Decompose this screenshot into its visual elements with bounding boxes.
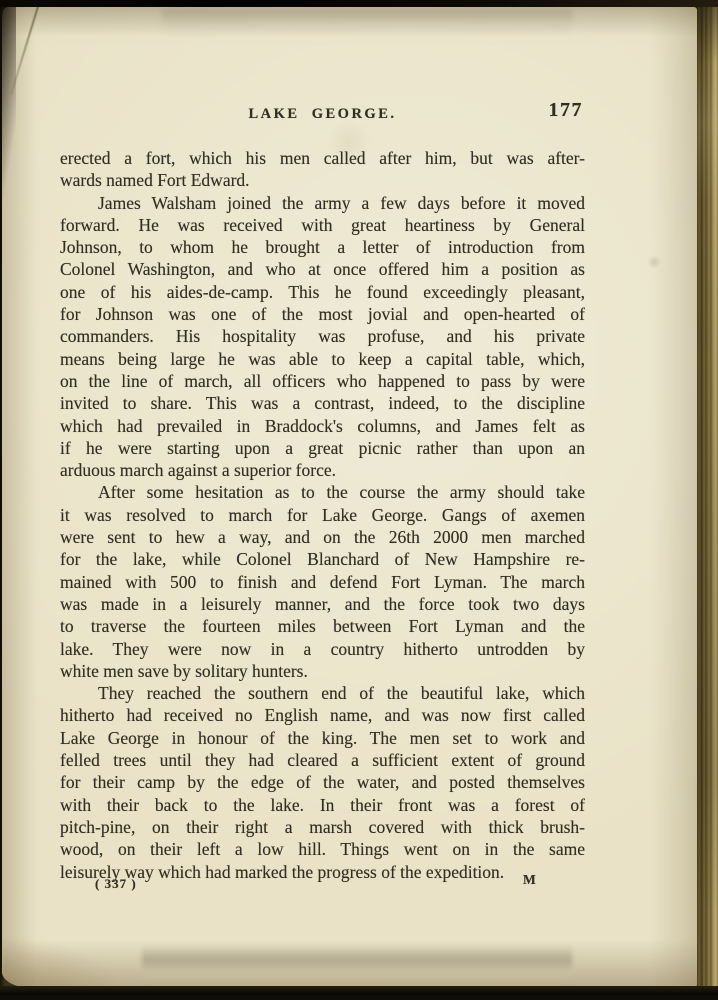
text-line: for Johnson was one of the most jovial a… — [60, 303, 585, 325]
scan-artifact-bottom-smudge — [142, 945, 572, 983]
book-page: LAKE GEORGE. 177 erected a fort, which h… — [2, 7, 697, 988]
paragraph: They reached the southern end of the bea… — [60, 682, 585, 883]
scan-artifact-top-smudge — [162, 9, 572, 35]
book-scan: LAKE GEORGE. 177 erected a fort, which h… — [0, 0, 718, 1000]
text-line: were sent to hew a way, and on the 26th … — [60, 526, 585, 548]
text-line: means being large he was able to keep a … — [60, 348, 585, 370]
text-line: for the lake, while Colonel Blanchard of… — [60, 548, 585, 570]
printed-page-content: LAKE GEORGE. 177 erected a fort, which h… — [60, 103, 585, 883]
text-line: with their back to the lake. In their fr… — [60, 794, 585, 816]
paragraph: After some hesitation as to the course t… — [60, 481, 585, 682]
text-line: Colonel Washington, and who at once offe… — [60, 258, 585, 280]
text-line: lake. They were now in a country hithert… — [60, 638, 585, 660]
body-text: erected a fort, which his men called aft… — [60, 147, 585, 883]
text-line: arduous march against a superior force. — [60, 459, 585, 481]
text-line: After some hesitation as to the course t… — [60, 481, 585, 503]
running-title: LAKE GEORGE. — [60, 103, 585, 125]
paragraph: erected a fort, which his men called aft… — [60, 147, 585, 192]
text-line: one of his aides-de-camp. This he found … — [60, 281, 585, 303]
scan-border-top — [0, 0, 718, 7]
paragraph: James Walsham joined the army a few days… — [60, 192, 585, 482]
text-line: wards named Fort Edward. — [60, 169, 585, 191]
text-line: if he were starting upon a great picnic … — [60, 437, 585, 459]
scan-artifact-crease — [10, 3, 40, 95]
text-line: forward. He was received with great hear… — [60, 214, 585, 236]
text-line: white men save by solitary hunters. — [60, 660, 585, 682]
text-line: to traverse the fourteen miles between F… — [60, 615, 585, 637]
text-line: invited to share. This was a contrast, i… — [60, 392, 585, 414]
text-line: for their camp by the edge of the water,… — [60, 771, 585, 793]
page-footer: ( 337 ) M — [60, 872, 585, 894]
text-line: Johnson, to whom he brought a letter of … — [60, 236, 585, 258]
page-header: LAKE GEORGE. 177 — [60, 103, 585, 125]
text-line: James Walsham joined the army a few days… — [60, 192, 585, 214]
page-number: 177 — [549, 99, 584, 122]
scan-artifact-corner-curl — [2, 937, 122, 989]
text-line: wood, on their left a low hill. Things w… — [60, 838, 585, 860]
text-line: hitherto had received no English name, a… — [60, 704, 585, 726]
text-line: They reached the southern end of the bea… — [60, 682, 585, 704]
printer-gathering-mark: M — [523, 872, 536, 888]
text-line: mained with 500 to finish and defend For… — [60, 571, 585, 593]
text-line: Lake George in honour of the king. The m… — [60, 727, 585, 749]
text-line: it was resolved to march for Lake George… — [60, 504, 585, 526]
text-line: felled trees until they had cleared a su… — [60, 749, 585, 771]
text-line: which had prevailed in Braddock's column… — [60, 415, 585, 437]
text-line: commanders. His hospitality was profuse,… — [60, 325, 585, 347]
text-line: on the line of march, all officers who h… — [60, 370, 585, 392]
scan-artifact-corner-shadow — [2, 7, 16, 237]
text-line: was made in a leisurely manner, and the … — [60, 593, 585, 615]
text-line: erected a fort, which his men called aft… — [60, 147, 585, 169]
stacked-page-edges — [694, 4, 718, 992]
text-line: pitch-pine, on their right a marsh cover… — [60, 816, 585, 838]
signature-mark: ( 337 ) — [95, 876, 137, 892]
scan-border-bottom — [0, 986, 718, 1000]
